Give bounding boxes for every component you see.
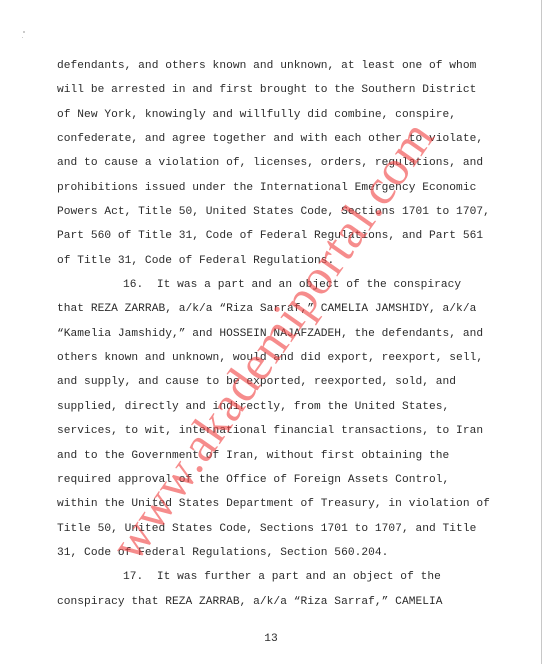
text-line: supplied, directly and indirectly, from … [57, 395, 497, 419]
text-line: of New York, knowingly and willfully did… [57, 103, 497, 127]
text-line: prohibitions issued under the Internatio… [57, 176, 497, 200]
text-line: and supply, and cause to be exported, re… [57, 370, 497, 394]
text-line: of Title 31, Code of Federal Regulations… [57, 249, 497, 273]
text-line: within the United States Department of T… [57, 492, 497, 516]
text-line: Title 50, United States Code, Sections 1… [57, 517, 497, 541]
text-line: required approval of the Office of Forei… [57, 468, 497, 492]
text-line: “Kamelia Jamshidy,” and HOSSEIN NAJAFZAD… [57, 322, 497, 346]
page-number: 13 [0, 633, 542, 645]
text-line: confederate, and agree together and with… [57, 127, 497, 151]
document-body: defendants, and others known and unknown… [57, 54, 497, 614]
document-page: defendants, and others known and unknown… [0, 0, 542, 664]
text-line: Powers Act, Title 50, United States Code… [57, 200, 497, 224]
text-line: 31, Code of Federal Regulations, Section… [57, 541, 497, 565]
scan-speck [23, 31, 25, 33]
text-line: 17. It was further a part and an object … [57, 565, 497, 589]
text-line: Part 560 of Title 31, Code of Federal Re… [57, 224, 497, 248]
text-line: defendants, and others known and unknown… [57, 54, 497, 78]
text-line: conspiracy that REZA ZARRAB, a/k/a “Riza… [57, 590, 497, 614]
text-line: that REZA ZARRAB, a/k/a “Riza Sarraf,” C… [57, 297, 497, 321]
text-line: and to the Government of Iran, without f… [57, 444, 497, 468]
text-line: services, to wit, international financia… [57, 419, 497, 443]
text-line: will be arrested in and first brought to… [57, 78, 497, 102]
text-line: others known and unknown, would and did … [57, 346, 497, 370]
text-line: and to cause a violation of, licenses, o… [57, 151, 497, 175]
scan-speck [22, 37, 23, 38]
text-line: 16. It was a part and an object of the c… [57, 273, 497, 297]
